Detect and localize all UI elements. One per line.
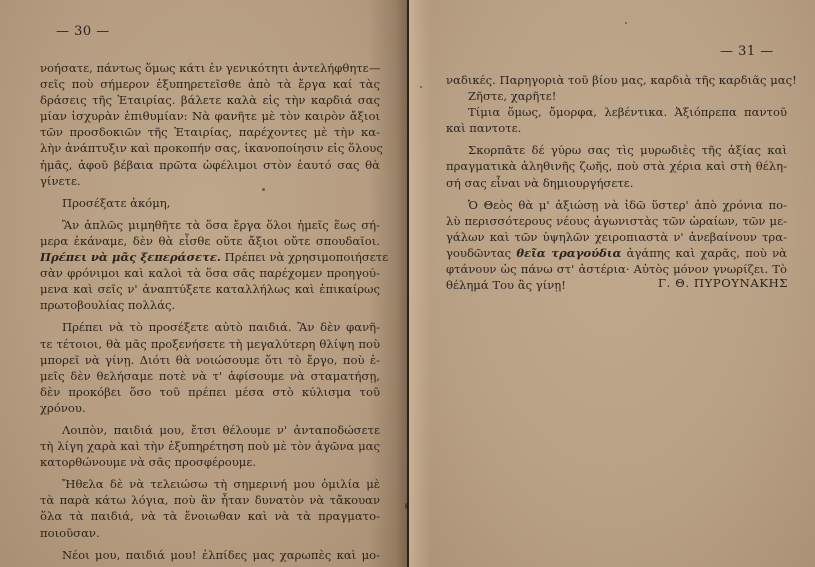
text-line: χρόνου. xyxy=(40,400,380,416)
text-line: Ὁ Θεὸς θὰ μ' ἀξιώσῃ νὰ ἰδῶ ὕστερ' ἀπὸ χρ… xyxy=(446,197,787,213)
text-line: μενα καὶ σεῖς ν' ἀναπτύξετε καταλλήλως κ… xyxy=(40,281,380,297)
text-line-with-emphasis: γουδῶντας θεῖα τραγούδια ἀγάπης καὶ χαρᾶ… xyxy=(446,245,787,261)
text-line-with-emphasis: Πρέπει νὰ μᾶς ξεπεράσετε. Πρέπει νὰ χρησ… xyxy=(40,249,380,265)
text-line: Νέοι μου, παιδιά μου! ἐλπίδες μας χαρωπὲ… xyxy=(40,547,380,563)
text-line: πραγματικὰ ἀληθινῆς ζωῆς, ποὺ στὰ χέρια … xyxy=(446,158,787,174)
paper-speck xyxy=(420,86,422,88)
text-line: τε τέτοιοι, θὰ μᾶς προξενήσετε τὴ μεγαλύ… xyxy=(40,336,380,352)
paper-speck xyxy=(405,503,408,509)
text-line: φτάνουν ὡς πάνω στ' ἀστέρια· Αὐτὸς μόνον… xyxy=(446,261,787,277)
page-number-right: — 31 — xyxy=(720,44,774,59)
left-page-text: νοήσατε, πάντως ὅμως κάτι ἐν γενικότητι … xyxy=(40,60,380,563)
text-line: Ἤθελα δὲ νὰ τελειώσω τὴ σημερινή μου ὁμι… xyxy=(40,476,380,492)
text-line: σή σας εἶναι νὰ δημιουργήσετε. xyxy=(446,175,787,191)
text-line: γίνετε. xyxy=(40,173,380,189)
text-line: λὴν ἀνάπτυξιν καὶ προκοπήν σας, ἱκανοποί… xyxy=(40,140,380,156)
text-line: κατορθώνουμε νὰ σᾶς προσφέρουμε. xyxy=(40,454,380,470)
text-line: γάλων καὶ τῶν ὑψηλῶν χειροπιαστὰ ν' ἀνεβ… xyxy=(446,229,787,245)
text-line: Λοιπὸν, παιδιά μου, ἔτσι θέλουμε ν' ἀντα… xyxy=(40,422,380,438)
text-line: Σκορπᾶτε δέ γύρω σας τὶς μυρωδιὲς τῆς ἀξ… xyxy=(446,142,787,158)
paper-speck xyxy=(262,188,265,191)
text-line: σεῖς ποὺ σήμερον ἐξυπηρετεῖσθε ἀπὸ τὰ ἔρ… xyxy=(40,76,380,92)
text-line: ὅλα τὰ παιδιά, νὰ τὰ ἔνοιωθαν καὶ νὰ τὰ … xyxy=(40,508,380,524)
text-line: καὶ παντοτε. xyxy=(446,120,787,136)
page-number-left: — 30 — xyxy=(56,24,110,39)
text-line: Ἂν ἁπλῶς μιμηθῆτε τὰ ὅσα ἔργα ὅλοι ἡμεῖς… xyxy=(40,217,380,233)
text-line: ποιοῦσαν. xyxy=(40,525,380,541)
text-line: Τίμια ὅμως, ὄμορφα, λεβέντικα. Ἀξιόπρεπα… xyxy=(446,104,787,120)
text-line: τῶν προσδοκιῶν τῆς Ἑταιρίας, παρέχοντες … xyxy=(40,124,380,140)
text-line: δράσεις τῆς Ἑταιρίας. βάλετε καλὰ εἰς τὴ… xyxy=(40,92,380,108)
text-line: μεῖς δὲν θελήσαμε ποτὲ νὰ τ' ἀφίσουμε νὰ… xyxy=(40,368,380,384)
text-line: Πρέπει νὰ τὸ προσέξετε αὐτὸ παιδιά. Ἂν δ… xyxy=(40,319,380,335)
author-signature: Γ. Θ. ΠΥΡΟΥΝΑΚΗΣ xyxy=(658,276,788,290)
text-line: μίαν ἰσχυρὰν ἐπιθυμίαν: Νὰ φανῆτε μὲ τὸν… xyxy=(40,108,380,124)
emphasized-text: θεῖα τραγούδια xyxy=(516,246,621,260)
emphasized-text: Πρέπει νὰ μᾶς ξεπεράσετε. xyxy=(40,250,221,264)
paragraph-line: Προσέξατε ἀκόμη, xyxy=(40,195,380,211)
text-line: τὰ παρὰ κάτω λόγια, ποὺ ἂν ἦταν δυνατὸν … xyxy=(40,492,380,508)
text-line: ναδικές. Παρηγοριὰ τοῦ βίου μας, καρδιὰ … xyxy=(446,72,787,88)
paper-speck xyxy=(625,22,627,24)
text-line: πρωτοβουλίας πολλάς. xyxy=(40,297,380,313)
right-page-text: ναδικές. Παρηγοριὰ τοῦ βίου μας, καρδιὰ … xyxy=(446,72,787,293)
text-line: μερα ἐκάναμε, δὲν θὰ εἶσθε οὔτε ἄξιοι οὔ… xyxy=(40,233,380,249)
text-line: ἡμᾶς, ἀφοῦ βέβαια πρῶτα ὠφέλιμοι στὸν ἑα… xyxy=(40,157,380,173)
text-line: δὲν προκόβει ὅσο τοῦ πρέπει μέσα στὸ κύλ… xyxy=(40,384,380,400)
text-line: νοήσατε, πάντως ὅμως κάτι ἐν γενικότητι … xyxy=(40,60,380,76)
text-line: λὺ περισσότερους νέους ἀγωνιστὰς τῶν ὡρα… xyxy=(446,213,787,229)
text-line: σὰν φρόνιμοι καὶ καλοὶ τὰ ὅσα σᾶς παρέχο… xyxy=(40,265,380,281)
text-line: Ζῆστε, χαρῆτε! xyxy=(446,88,787,104)
text-line: τὴ λίγη χαρὰ καὶ τὴν ἐξυπηρέτηση ποὺ μὲ … xyxy=(40,438,380,454)
text-line: μπορεῖ νὰ γίνῃ. Διότι θὰ νοιώσουμε ὅτι τ… xyxy=(40,352,380,368)
